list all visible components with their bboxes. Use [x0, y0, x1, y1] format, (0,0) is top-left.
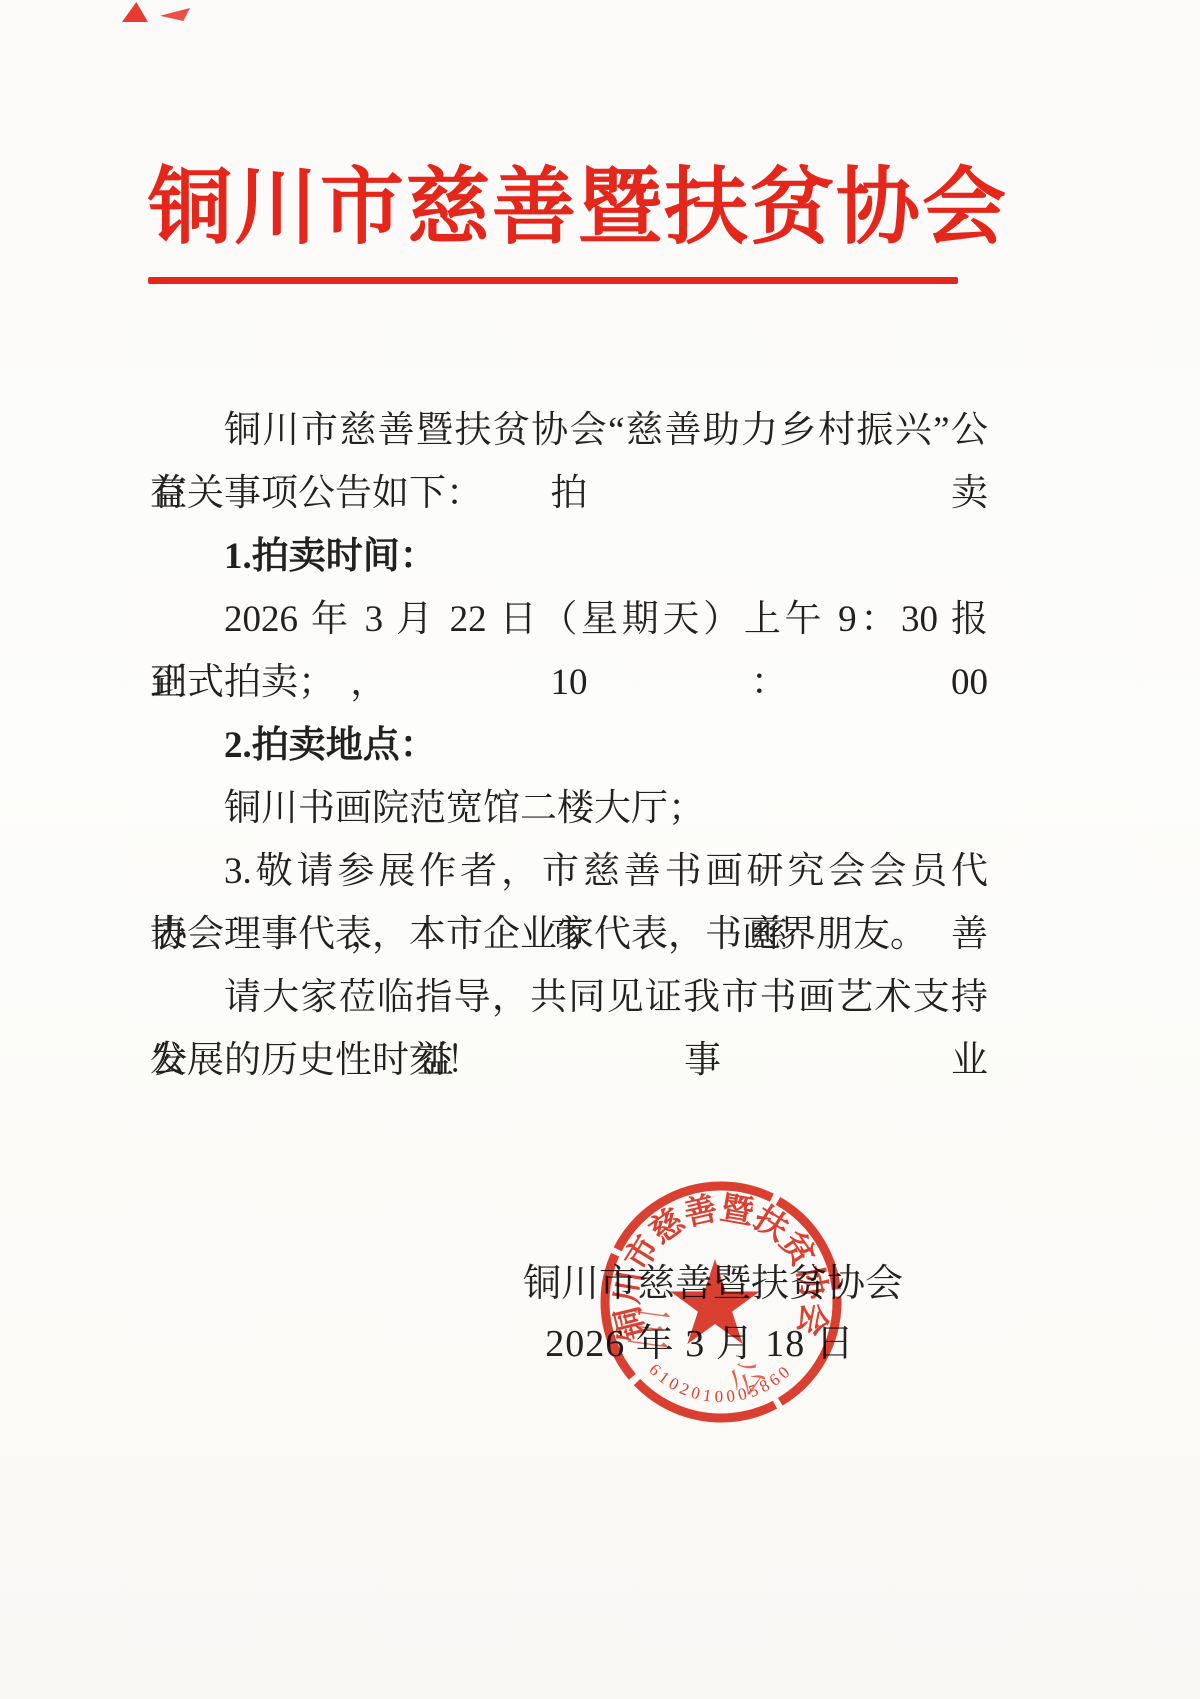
body-line: 1.拍卖时间： [150, 525, 988, 588]
body-line: 铜川书画院范宽馆二楼大厅； [150, 777, 988, 840]
body-line: 请大家莅临指导，共同见证我市书画艺术支持公益事业 [150, 966, 988, 1029]
scan-artifact [122, 2, 148, 22]
svg-text:6102010005860: 6102010005860 [645, 1360, 794, 1406]
body-line: 协会理事代表，本市企业家代表，书画界朋友。 [150, 903, 988, 966]
seal-serial-number: 6102010005860 [645, 1360, 794, 1406]
body-line: 2026 年 3 月 22 日（星期天）上午 9：30 报到，10：00 [150, 588, 988, 651]
announcement-body: 铜川市慈善暨扶贫协会“慈善助力乡村振兴”公益拍卖 有关事项公告如下： 1.拍卖时… [150, 399, 988, 1092]
page-title: 铜川市慈善暨扶贫协会 [148, 140, 958, 261]
seal-mark: 三 [624, 1303, 674, 1358]
body-line: 3.敬请参展作者，市慈善书画研究会会员代表，市慈善 [150, 840, 988, 903]
scan-artifact [160, 8, 190, 21]
document-page: 铜川市慈善暨扶贫协会 铜川市慈善暨扶贫协会“慈善助力乡村振兴”公益拍卖 有关事项… [0, 0, 1200, 1699]
body-line: 2.拍卖地点： [150, 714, 988, 777]
seal-star-icon [670, 1259, 759, 1344]
official-seal: 铜川市慈善暨扶贫协会 6102010005860 三 公 [591, 1172, 851, 1432]
body-line: 铜川市慈善暨扶贫协会“慈善助力乡村振兴”公益拍卖 [150, 399, 988, 462]
title-rule [148, 277, 958, 284]
